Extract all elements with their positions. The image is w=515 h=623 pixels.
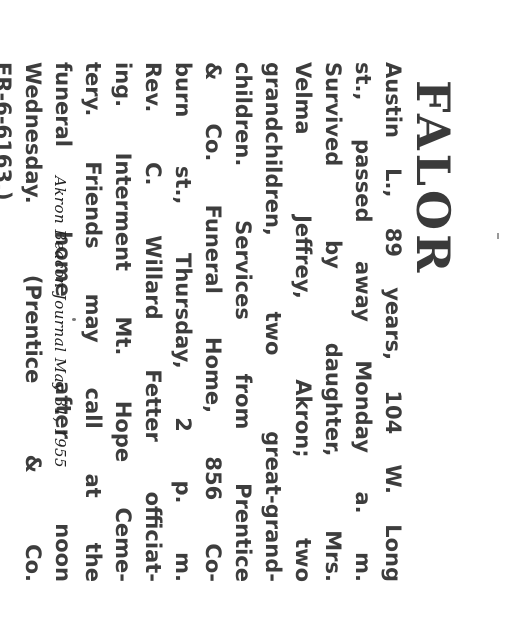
- obituary-line: grandchildren, two great-grand-: [258, 62, 288, 582]
- obituary-line: FR-6-6163.): [0, 62, 18, 582]
- obituary-line: st., passed away Monday a. m.: [348, 62, 378, 582]
- obituary-line: Wednesday. (Prentice & Co.: [18, 62, 48, 582]
- obituary-line: Rev. C. Willard Fetter officiat-: [138, 62, 168, 582]
- handwritten-source-note: Akron Beacon Journal May 31, 1955: [51, 176, 69, 468]
- obituary-line: children. Services from Prentice: [228, 62, 258, 582]
- obituary-headline: FALOR: [408, 80, 458, 582]
- obituary-clipping: FALOR Austin L., 89 years, 104 W. Long s…: [48, 32, 468, 592]
- ink-speck: [72, 318, 76, 321]
- obituary-line: Survived by daughter, Mrs.: [318, 62, 348, 582]
- obituary-line: Austin L., 89 years, 104 W. Long: [378, 62, 408, 582]
- obituary-line: burn st., Thursday, 2 p. m.: [168, 62, 198, 582]
- obituary-line: & Co. Funeral Home, 856 Co-: [198, 62, 228, 582]
- scanned-page: FALOR Austin L., 89 years, 104 W. Long s…: [0, 0, 515, 623]
- obituary-line: ing. Interment Mt. Hope Ceme-: [108, 62, 138, 582]
- obituary-line: tery. Friends may call at the: [78, 62, 108, 582]
- obituary-line: Velma Jeffrey, Akron; two: [288, 62, 318, 582]
- ink-speck: [497, 233, 499, 239]
